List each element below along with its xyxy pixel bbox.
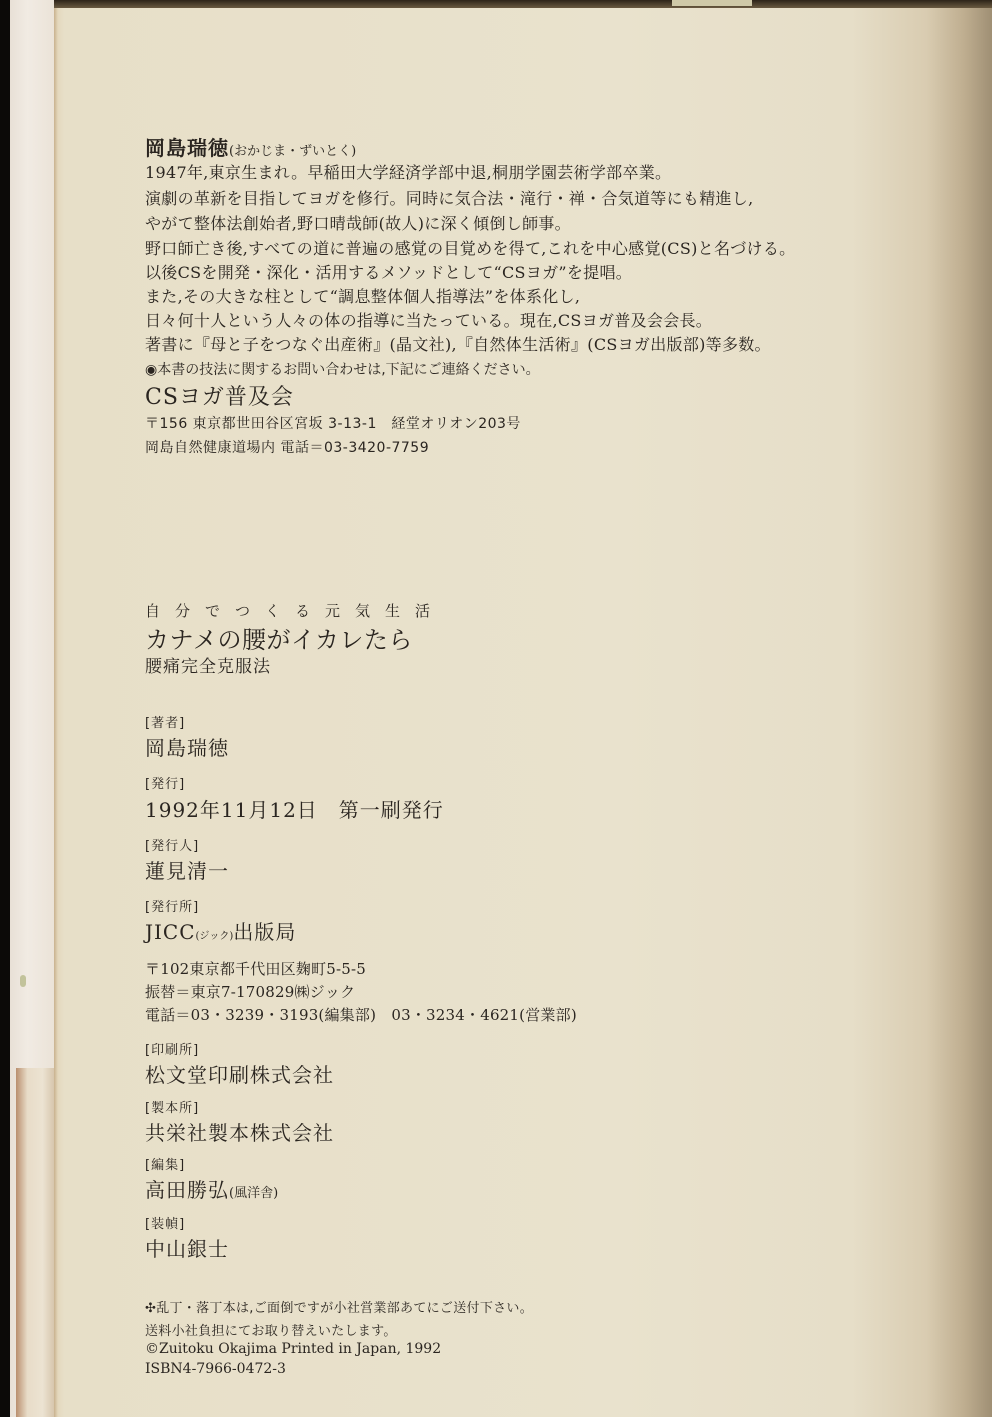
publisher-label: [発行所] xyxy=(145,896,199,915)
binder-label: [製本所] xyxy=(145,1097,199,1116)
publisher-address: 〒102東京都千代田区麹町5-5-5 xyxy=(145,958,366,979)
editor-affiliation: (風洋舎) xyxy=(229,1186,278,1201)
issue-label: [発行] xyxy=(145,773,185,792)
copyright: ©Zuitoku Okajima Printed in Japan, 1992 xyxy=(145,1341,441,1357)
editor-label: [編集] xyxy=(145,1154,185,1173)
adjacent-page-edge-lower xyxy=(16,1068,54,1417)
author-profile-heading: 岡島瑞徳(おかじま・ずいとく) xyxy=(145,132,356,161)
author-profile-name: 岡島瑞徳 xyxy=(145,136,229,160)
contact-phone: 岡島自然健康道場内 電話＝03-3420-7759 xyxy=(145,437,429,457)
bio-line: 著書に『母と子をつなぐ出産術』(晶文社),『自然体生活術』(CSヨガ出版部)等多… xyxy=(145,332,771,355)
contact-note: ◉本書の技法に関するお問い合わせは,下記にご連絡ください。 xyxy=(145,359,540,379)
bio-line: 1947年,東京生まれ。早稲田大学経済学部中退,桐朋学園芸術学部卒業。 xyxy=(145,160,671,183)
bio-line: 演劇の革新を目指してヨガを修行。同時に気合法・滝行・禅・合気道等にも精進し, xyxy=(145,186,754,209)
page-top-shadow xyxy=(54,0,992,8)
editor-value: 高田勝弘(風洋舎) xyxy=(145,1174,278,1203)
publisher-phone: 電話＝03・3239・3193(編集部) 03・3234・4621(営業部) xyxy=(145,1004,577,1025)
printer-value: 松文堂印刷株式会社 xyxy=(145,1059,334,1088)
book-title: カナメの腰がイカレたら xyxy=(145,620,413,655)
author-label: [著者] xyxy=(145,712,185,731)
binder-value: 共栄社製本株式会社 xyxy=(145,1117,334,1146)
bio-line: 以後CSを開発・深化・活用するメソッドとして“CSヨガ”を提唱。 xyxy=(145,260,632,283)
book-subtitle: 腰痛完全克服法 xyxy=(145,652,271,677)
printer-label: [印刷所] xyxy=(145,1039,199,1058)
publisher-person-label: [発行人] xyxy=(145,835,199,854)
page-top-tab xyxy=(672,0,752,6)
exchange-notice-2: 送料小社負担にてお取り替えいたします。 xyxy=(145,1320,397,1339)
author-profile-reading: (おかじま・ずいとく) xyxy=(229,144,356,159)
contact-org-name: CSヨガ普及会 xyxy=(145,380,294,411)
publisher-value: JICC(ジック)出版局 xyxy=(145,916,296,945)
publisher-transfer: 振替＝東京7-170829㈱ジック xyxy=(145,981,355,1002)
contact-address: 〒156 東京都世田谷区宮坂 3-13-1 経堂オリオン203号 xyxy=(145,413,521,433)
series-title: 自分でつくる元気生活 xyxy=(145,600,445,621)
edge-mark xyxy=(20,975,26,987)
isbn: ISBN4-7966-0472-3 xyxy=(145,1361,286,1377)
publisher-kana: (ジック) xyxy=(196,931,234,942)
publisher-main: JICC xyxy=(145,920,196,944)
designer-value: 中山銀士 xyxy=(145,1233,229,1262)
editor-name: 高田勝弘 xyxy=(145,1178,229,1202)
exchange-notice: ✣乱丁・落丁本は,ご面倒ですが小社営業部あてにご送付下さい。 xyxy=(145,1297,533,1316)
publisher-rest: 出版局 xyxy=(233,920,296,944)
issue-value: 1992年11月12日 第一刷発行 xyxy=(145,794,444,823)
publisher-person-value: 蓮見清一 xyxy=(145,855,229,884)
bio-line: また,その大きな柱として“調息整体個人指導法”を体系化し, xyxy=(145,284,580,307)
bio-line: 日々何十人という人々の体の指導に当たっている。現在,CSヨガ普及会会長。 xyxy=(145,308,712,331)
author-value: 岡島瑞徳 xyxy=(145,732,229,761)
designer-label: [装幀] xyxy=(145,1213,185,1232)
bio-line: やがて整体法創始者,野口晴哉師(故人)に深く傾倒し師事。 xyxy=(145,211,571,234)
bio-line: 野口師亡き後,すべての道に普遍の感覚の目覚めを得て,これを中心感覚(CS)と名づ… xyxy=(145,236,795,259)
